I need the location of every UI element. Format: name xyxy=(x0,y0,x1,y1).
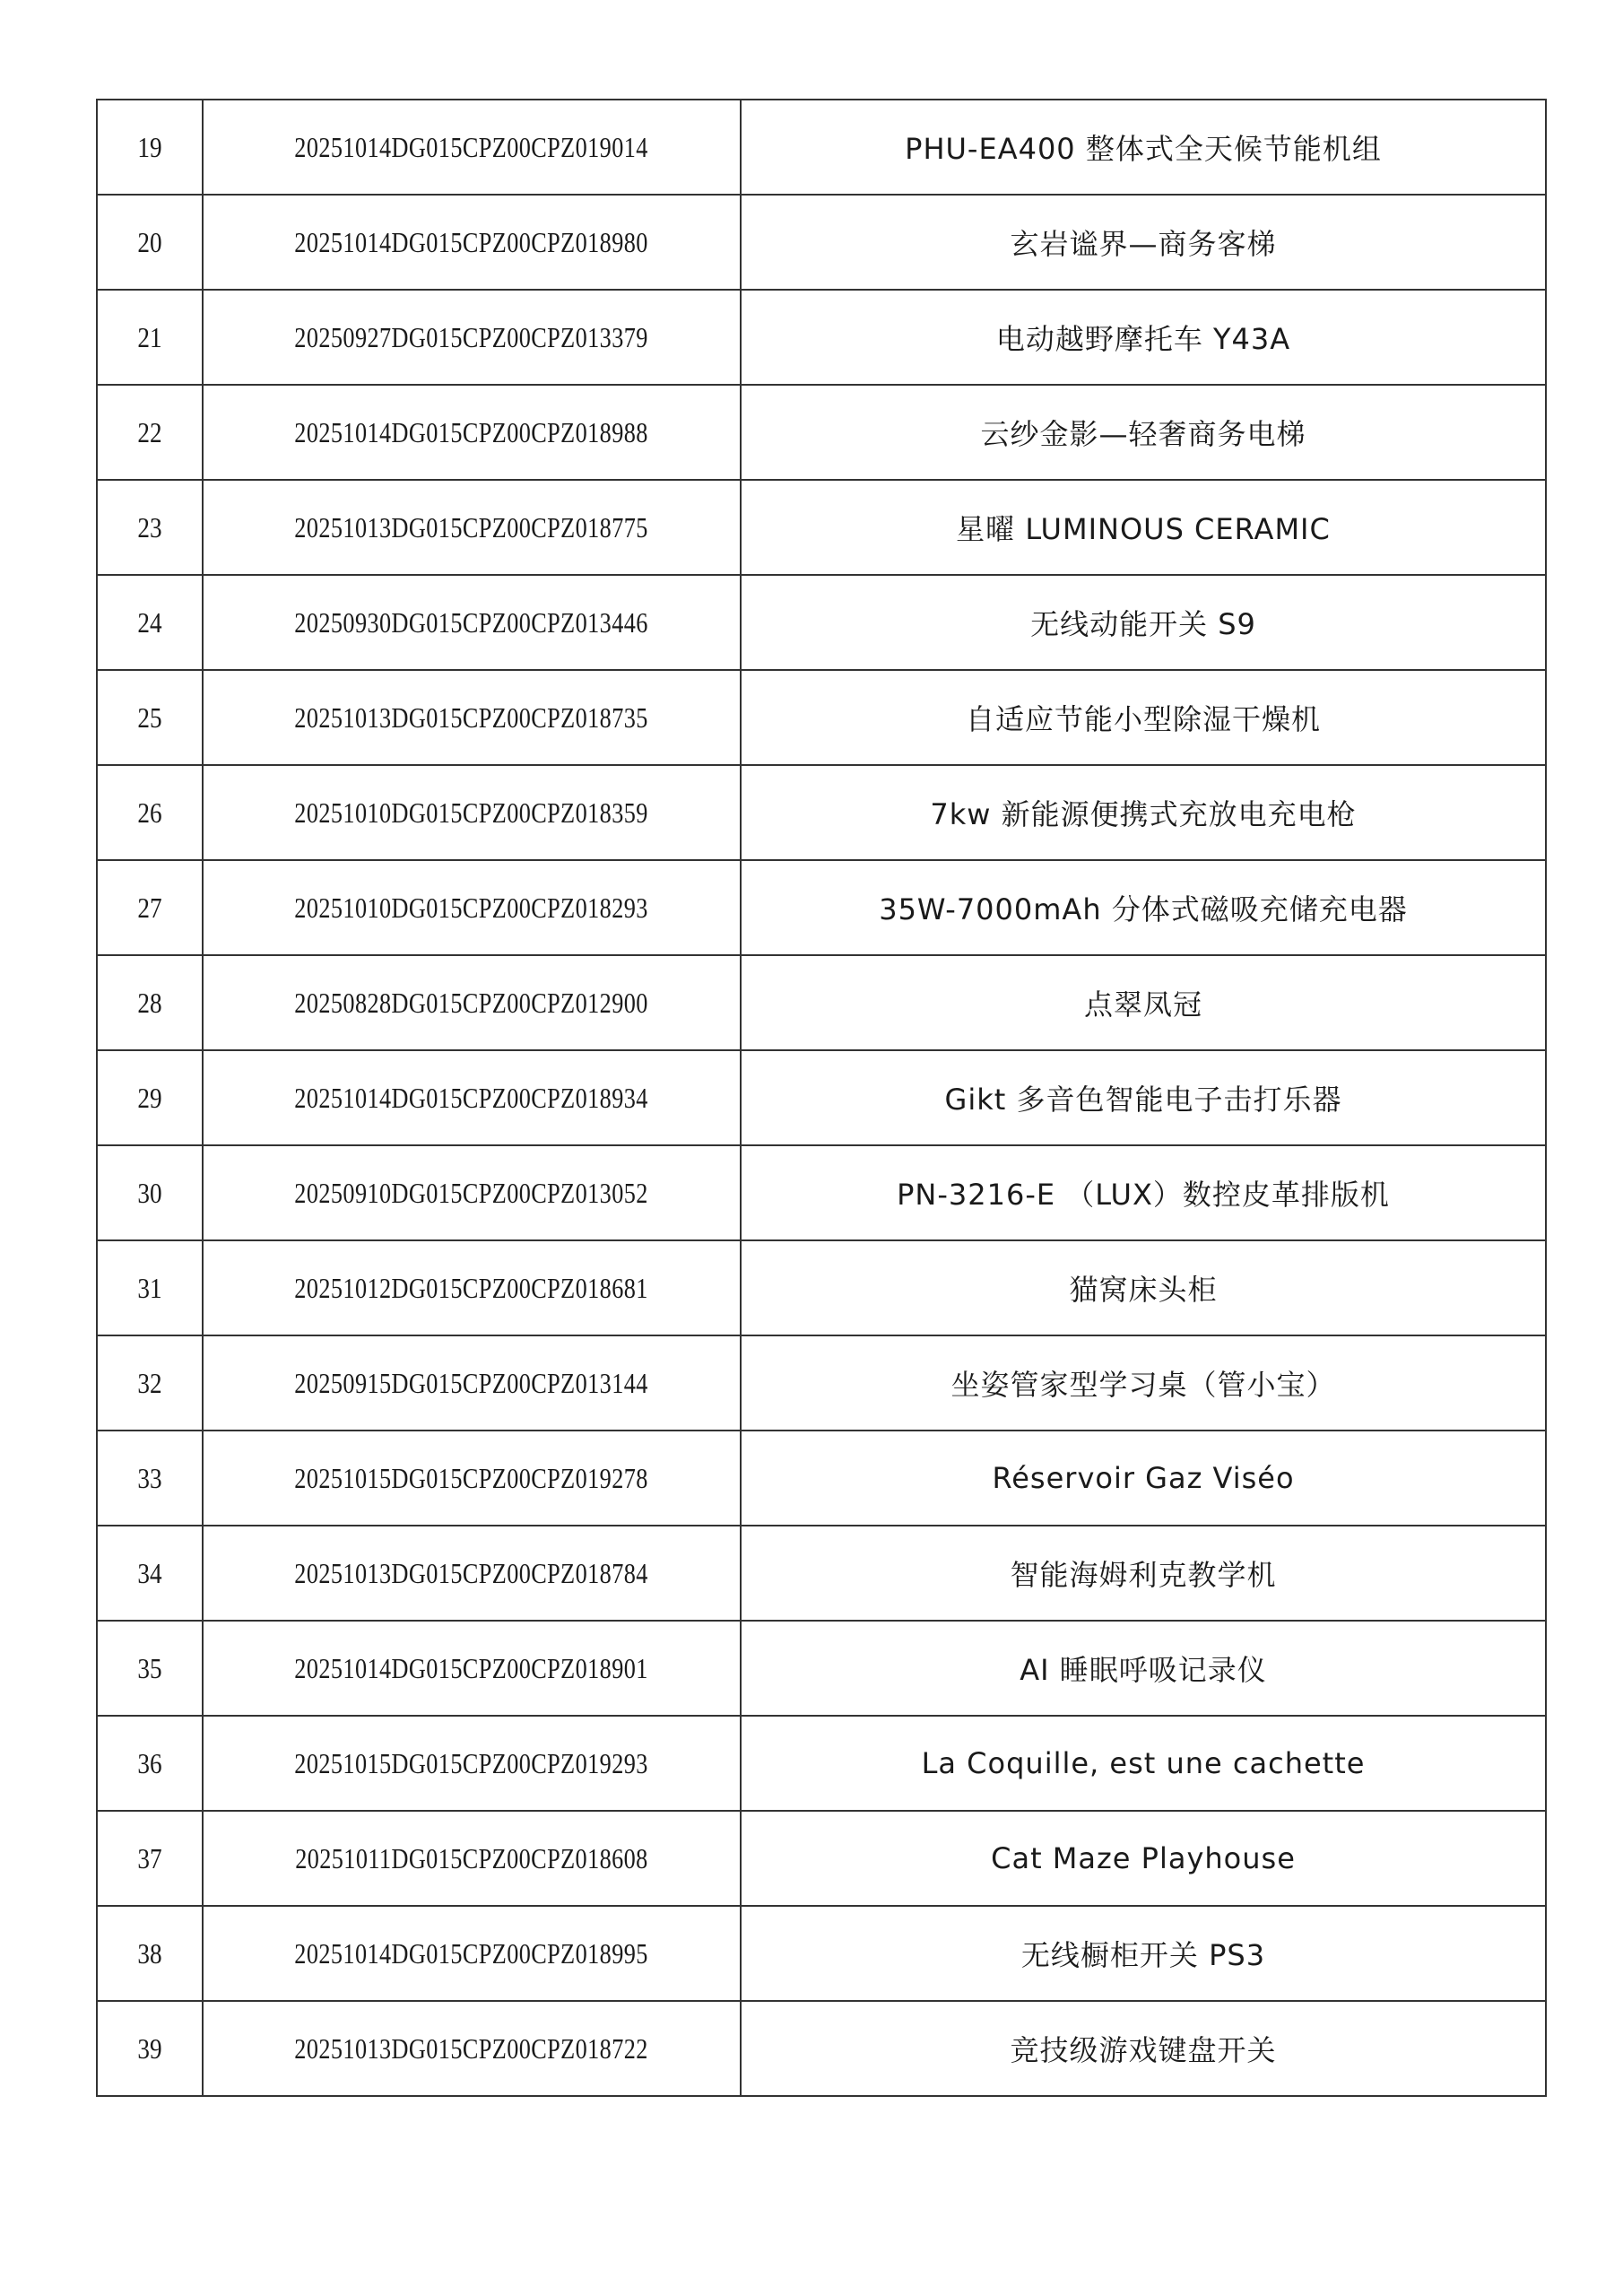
product-name: 星曜 LUMINOUS CERAMIC xyxy=(956,507,1331,548)
product-id: 20251013DG015CPZ00CPZ018775 xyxy=(295,511,648,544)
product-table: 19 20251014DG015CPZ00CPZ019014 PHU-EA400… xyxy=(96,99,1547,2097)
product-name-cell: PN-3216-E （LUX）数控皮革排版机 xyxy=(741,1145,1546,1240)
row-number: 22 xyxy=(137,416,161,449)
product-name: 35W-7000mAh 分体式磁吸充储充电器 xyxy=(879,887,1408,928)
product-id-cell: 20251013DG015CPZ00CPZ018784 xyxy=(203,1526,741,1621)
product-name-cell: 猫窝床头柜 xyxy=(741,1240,1546,1335)
table-row: 29 20251014DG015CPZ00CPZ018934 Gikt 多音色智… xyxy=(97,1050,1546,1145)
row-number: 27 xyxy=(137,891,161,925)
product-id: 20251013DG015CPZ00CPZ018784 xyxy=(295,1557,648,1590)
row-number-cell: 30 xyxy=(97,1145,203,1240)
table-row: 31 20251012DG015CPZ00CPZ018681 猫窝床头柜 xyxy=(97,1240,1546,1335)
product-name-cell: 云纱金影—轻奢商务电梯 xyxy=(741,385,1546,480)
product-name-cell: Gikt 多音色智能电子击打乐器 xyxy=(741,1050,1546,1145)
product-id-cell: 20251012DG015CPZ00CPZ018681 xyxy=(203,1240,741,1335)
row-number-cell: 32 xyxy=(97,1335,203,1431)
product-id: 20251014DG015CPZ00CPZ018934 xyxy=(295,1082,648,1115)
product-name-cell: 坐姿管家型学习桌（管小宝） xyxy=(741,1335,1546,1431)
product-name: 云纱金影—轻奢商务电梯 xyxy=(980,412,1306,453)
table-row: 34 20251013DG015CPZ00CPZ018784 智能海姆利克教学机 xyxy=(97,1526,1546,1621)
table-row: 37 20251011DG015CPZ00CPZ018608 Cat Maze … xyxy=(97,1811,1546,1906)
row-number-cell: 23 xyxy=(97,480,203,575)
product-id-cell: 20251014DG015CPZ00CPZ018995 xyxy=(203,1906,741,2001)
product-name-cell: AI 睡眠呼吸记录仪 xyxy=(741,1621,1546,1716)
product-name: 7kw 新能源便携式充放电充电枪 xyxy=(930,792,1356,833)
table-row: 21 20250927DG015CPZ00CPZ013379 电动越野摩托车 Y… xyxy=(97,290,1546,385)
table-row: 39 20251013DG015CPZ00CPZ018722 竞技级游戏键盘开关 xyxy=(97,2001,1546,2096)
product-id: 20251013DG015CPZ00CPZ018722 xyxy=(295,2032,648,2066)
row-number-cell: 36 xyxy=(97,1716,203,1811)
product-id-cell: 20251014DG015CPZ00CPZ018980 xyxy=(203,195,741,290)
row-number-cell: 35 xyxy=(97,1621,203,1716)
row-number-cell: 33 xyxy=(97,1431,203,1526)
product-id-cell: 20250828DG015CPZ00CPZ012900 xyxy=(203,955,741,1050)
document-page: 19 20251014DG015CPZ00CPZ019014 PHU-EA400… xyxy=(0,0,1623,2296)
product-name: 电动越野摩托车 Y43A xyxy=(996,317,1290,358)
row-number: 33 xyxy=(137,1462,161,1495)
product-id-cell: 20251010DG015CPZ00CPZ018359 xyxy=(203,765,741,860)
product-id: 20250927DG015CPZ00CPZ013379 xyxy=(295,321,648,354)
product-name: 坐姿管家型学习桌（管小宝） xyxy=(950,1362,1335,1404)
product-name: 竞技级游戏键盘开关 xyxy=(1010,2028,1276,2069)
row-number: 37 xyxy=(137,1842,161,1875)
row-number-cell: 25 xyxy=(97,670,203,765)
product-name-cell: 星曜 LUMINOUS CERAMIC xyxy=(741,480,1546,575)
product-name: 点翠凤冠 xyxy=(1084,982,1202,1023)
product-name-cell: Cat Maze Playhouse xyxy=(741,1811,1546,1906)
table-row: 26 20251010DG015CPZ00CPZ018359 7kw 新能源便携… xyxy=(97,765,1546,860)
product-id-cell: 20251013DG015CPZ00CPZ018722 xyxy=(203,2001,741,2096)
table-row: 33 20251015DG015CPZ00CPZ019278 Réservoir… xyxy=(97,1431,1546,1526)
product-id: 20251013DG015CPZ00CPZ018735 xyxy=(295,701,648,735)
product-id: 20250930DG015CPZ00CPZ013446 xyxy=(295,606,648,639)
table-row: 23 20251013DG015CPZ00CPZ018775 星曜 LUMINO… xyxy=(97,480,1546,575)
product-name-cell: 智能海姆利克教学机 xyxy=(741,1526,1546,1621)
product-id-cell: 20251013DG015CPZ00CPZ018775 xyxy=(203,480,741,575)
product-name-cell: 自适应节能小型除湿干燥机 xyxy=(741,670,1546,765)
row-number: 19 xyxy=(137,131,161,164)
product-id: 20250910DG015CPZ00CPZ013052 xyxy=(295,1177,648,1210)
row-number-cell: 38 xyxy=(97,1906,203,2001)
table-row: 28 20250828DG015CPZ00CPZ012900 点翠凤冠 xyxy=(97,955,1546,1050)
row-number: 20 xyxy=(137,226,161,259)
product-name-cell: PHU-EA400 整体式全天候节能机组 xyxy=(741,100,1546,195)
product-name-cell: 无线动能开关 S9 xyxy=(741,575,1546,670)
table-row: 38 20251014DG015CPZ00CPZ018995 无线橱柜开关 PS… xyxy=(97,1906,1546,2001)
product-id: 20250828DG015CPZ00CPZ012900 xyxy=(295,987,648,1020)
row-number: 28 xyxy=(137,987,161,1020)
product-id: 20251014DG015CPZ00CPZ018995 xyxy=(295,1937,648,1970)
product-name: 无线动能开关 S9 xyxy=(1030,602,1256,643)
row-number: 31 xyxy=(137,1272,161,1305)
product-id-cell: 20251015DG015CPZ00CPZ019278 xyxy=(203,1431,741,1526)
row-number: 23 xyxy=(137,511,161,544)
product-id: 20251014DG015CPZ00CPZ018980 xyxy=(295,226,648,259)
row-number-cell: 31 xyxy=(97,1240,203,1335)
row-number-cell: 34 xyxy=(97,1526,203,1621)
table-row: 36 20251015DG015CPZ00CPZ019293 La Coquil… xyxy=(97,1716,1546,1811)
product-id-cell: 20251014DG015CPZ00CPZ018988 xyxy=(203,385,741,480)
product-id: 20251014DG015CPZ00CPZ018901 xyxy=(295,1652,648,1685)
row-number-cell: 19 xyxy=(97,100,203,195)
table-row: 20 20251014DG015CPZ00CPZ018980 玄岩谧界—商务客梯 xyxy=(97,195,1546,290)
product-id-cell: 20251014DG015CPZ00CPZ018901 xyxy=(203,1621,741,1716)
row-number-cell: 27 xyxy=(97,860,203,955)
table-row: 27 20251010DG015CPZ00CPZ018293 35W-7000m… xyxy=(97,860,1546,955)
product-name-cell: 35W-7000mAh 分体式磁吸充储充电器 xyxy=(741,860,1546,955)
table-row: 35 20251014DG015CPZ00CPZ018901 AI 睡眠呼吸记录… xyxy=(97,1621,1546,1716)
row-number: 24 xyxy=(137,606,161,639)
product-id-cell: 20251014DG015CPZ00CPZ019014 xyxy=(203,100,741,195)
product-id-cell: 20251013DG015CPZ00CPZ018735 xyxy=(203,670,741,765)
product-name: Réservoir Gaz Viséo xyxy=(992,1461,1294,1495)
product-id-cell: 20251014DG015CPZ00CPZ018934 xyxy=(203,1050,741,1145)
row-number: 34 xyxy=(137,1557,161,1590)
row-number: 38 xyxy=(137,1937,161,1970)
row-number: 21 xyxy=(137,321,161,354)
product-id: 20251011DG015CPZ00CPZ018608 xyxy=(295,1842,648,1875)
product-name-cell: 竞技级游戏键盘开关 xyxy=(741,2001,1546,2096)
product-name: 玄岩谧界—商务客梯 xyxy=(1010,222,1276,263)
product-name: 自适应节能小型除湿干燥机 xyxy=(966,697,1321,738)
row-number: 30 xyxy=(137,1177,161,1210)
product-table-body: 19 20251014DG015CPZ00CPZ019014 PHU-EA400… xyxy=(97,100,1546,2096)
product-id: 20251010DG015CPZ00CPZ018293 xyxy=(295,891,648,925)
row-number-cell: 21 xyxy=(97,290,203,385)
row-number: 26 xyxy=(137,796,161,830)
product-id-cell: 20251011DG015CPZ00CPZ018608 xyxy=(203,1811,741,1906)
table-row: 24 20250930DG015CPZ00CPZ013446 无线动能开关 S9 xyxy=(97,575,1546,670)
row-number-cell: 28 xyxy=(97,955,203,1050)
row-number-cell: 26 xyxy=(97,765,203,860)
row-number-cell: 29 xyxy=(97,1050,203,1145)
row-number-cell: 39 xyxy=(97,2001,203,2096)
row-number: 29 xyxy=(137,1082,161,1115)
product-id-cell: 20250915DG015CPZ00CPZ013144 xyxy=(203,1335,741,1431)
product-name: Cat Maze Playhouse xyxy=(991,1841,1296,1875)
row-number-cell: 37 xyxy=(97,1811,203,1906)
product-id: 20251014DG015CPZ00CPZ019014 xyxy=(295,131,648,164)
row-number: 36 xyxy=(137,1747,161,1780)
product-id: 20251015DG015CPZ00CPZ019293 xyxy=(295,1747,648,1780)
row-number: 39 xyxy=(137,2032,161,2066)
table-row: 22 20251014DG015CPZ00CPZ018988 云纱金影—轻奢商务… xyxy=(97,385,1546,480)
table-row: 25 20251013DG015CPZ00CPZ018735 自适应节能小型除湿… xyxy=(97,670,1546,765)
product-name-cell: 点翠凤冠 xyxy=(741,955,1546,1050)
product-name: 无线橱柜开关 PS3 xyxy=(1021,1933,1265,1974)
product-name-cell: Réservoir Gaz Viséo xyxy=(741,1431,1546,1526)
product-name-cell: La Coquille, est une cachette xyxy=(741,1716,1546,1811)
product-name: PHU-EA400 整体式全天候节能机组 xyxy=(905,126,1382,168)
product-id: 20251010DG015CPZ00CPZ018359 xyxy=(295,796,648,830)
product-name: 智能海姆利克教学机 xyxy=(1010,1552,1276,1594)
table-row: 30 20250910DG015CPZ00CPZ013052 PN-3216-E… xyxy=(97,1145,1546,1240)
table-row: 19 20251014DG015CPZ00CPZ019014 PHU-EA400… xyxy=(97,100,1546,195)
product-name-cell: 7kw 新能源便携式充放电充电枪 xyxy=(741,765,1546,860)
product-id: 20250915DG015CPZ00CPZ013144 xyxy=(295,1367,648,1400)
row-number-cell: 24 xyxy=(97,575,203,670)
product-name: La Coquille, est une cachette xyxy=(922,1746,1366,1780)
product-id: 20251012DG015CPZ00CPZ018681 xyxy=(295,1272,648,1305)
product-name-cell: 玄岩谧界—商务客梯 xyxy=(741,195,1546,290)
product-name: PN-3216-E （LUX）数控皮革排版机 xyxy=(897,1172,1390,1213)
product-name-cell: 电动越野摩托车 Y43A xyxy=(741,290,1546,385)
product-name: 猫窝床头柜 xyxy=(1069,1267,1217,1309)
product-name: AI 睡眠呼吸记录仪 xyxy=(1020,1648,1267,1689)
row-number-cell: 20 xyxy=(97,195,203,290)
table-row: 32 20250915DG015CPZ00CPZ013144 坐姿管家型学习桌（… xyxy=(97,1335,1546,1431)
product-name: Gikt 多音色智能电子击打乐器 xyxy=(945,1077,1342,1118)
product-id-cell: 20251015DG015CPZ00CPZ019293 xyxy=(203,1716,741,1811)
product-id: 20251014DG015CPZ00CPZ018988 xyxy=(295,416,648,449)
product-id-cell: 20250927DG015CPZ00CPZ013379 xyxy=(203,290,741,385)
row-number: 25 xyxy=(137,701,161,735)
row-number-cell: 22 xyxy=(97,385,203,480)
product-id-cell: 20250930DG015CPZ00CPZ013446 xyxy=(203,575,741,670)
product-id-cell: 20250910DG015CPZ00CPZ013052 xyxy=(203,1145,741,1240)
product-id: 20251015DG015CPZ00CPZ019278 xyxy=(295,1462,648,1495)
product-name-cell: 无线橱柜开关 PS3 xyxy=(741,1906,1546,2001)
row-number: 35 xyxy=(137,1652,161,1685)
row-number: 32 xyxy=(137,1367,161,1400)
product-id-cell: 20251010DG015CPZ00CPZ018293 xyxy=(203,860,741,955)
